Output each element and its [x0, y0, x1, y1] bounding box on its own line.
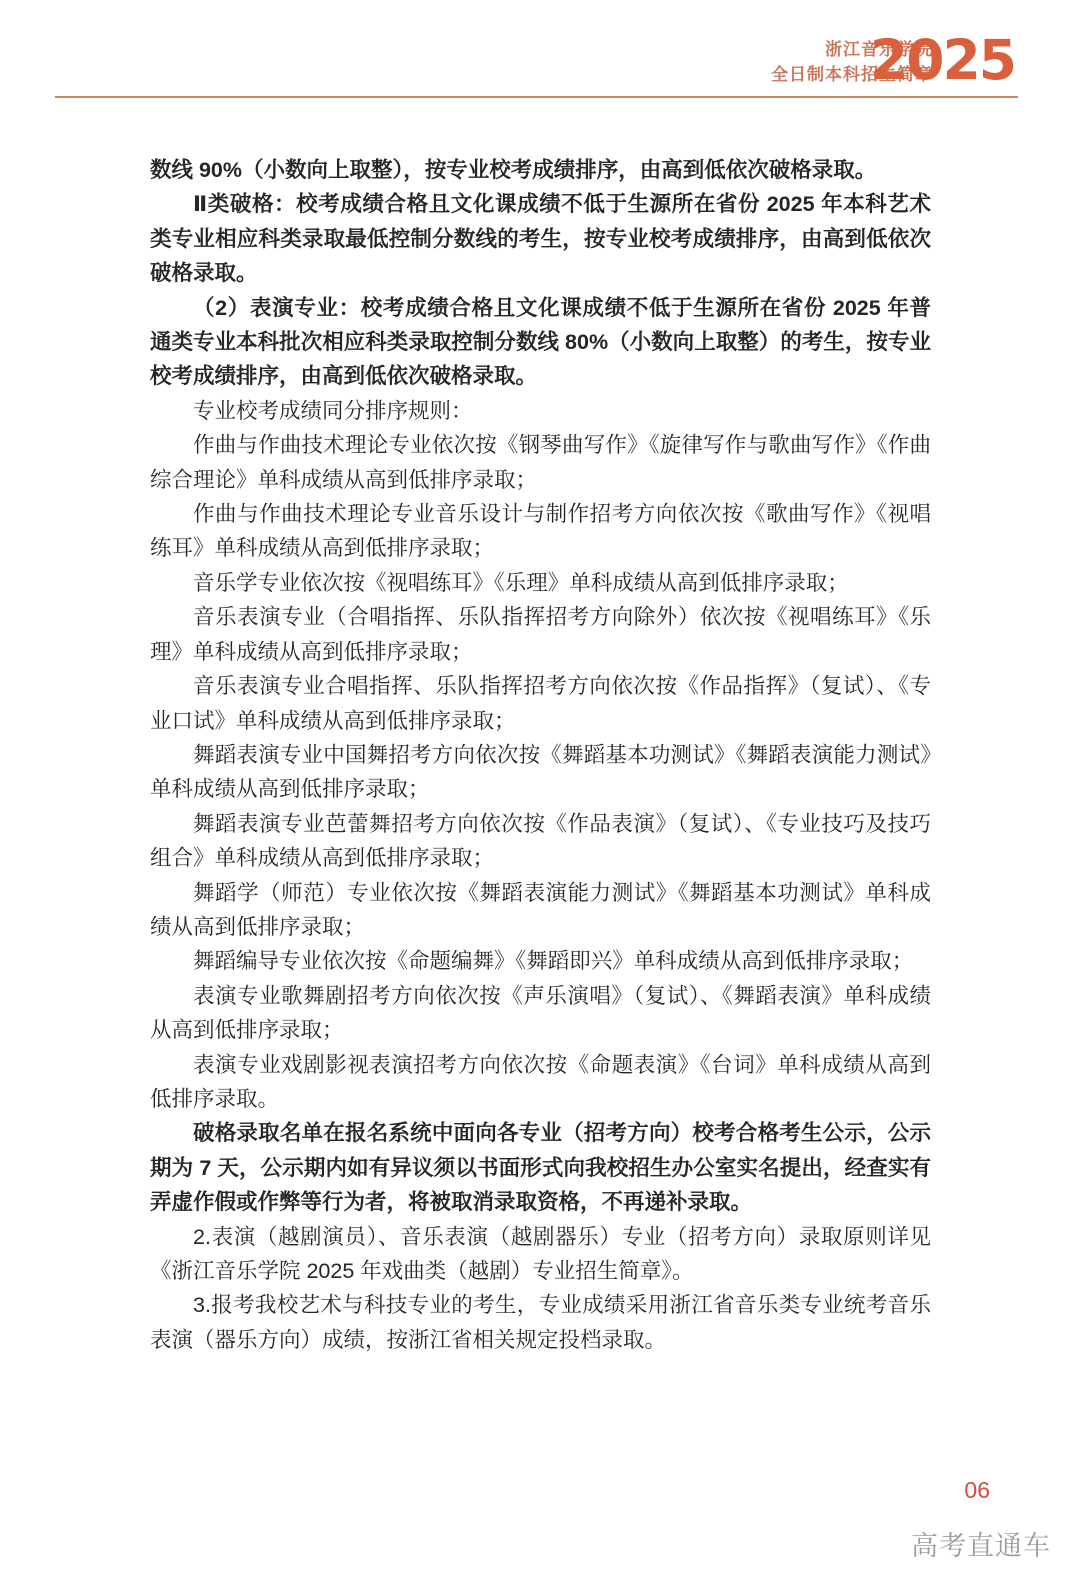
header-year: 2025 [870, 33, 1015, 88]
paragraph: 表演专业歌舞剧招考方向依次按《声乐演唱》（复试）、《舞蹈表演》单科成绩从高到低排… [150, 979, 931, 1048]
paragraph: Ⅱ类破格：校考成绩合格且文化课成绩不低于生源所在省份 2025 年本科艺术类专业… [150, 187, 931, 290]
paragraph: 音乐表演专业合唱指挥、乐队指挥招考方向依次按《作品指挥》（复试）、《专业口试》单… [150, 669, 931, 738]
document-page: 浙江音乐学院 全日制本科招生简章 2025 数线 90%（小数向上取整），按专业… [0, 0, 1080, 1591]
paragraph: 舞蹈表演专业中国舞招考方向依次按《舞蹈基本功测试》《舞蹈表演能力测试》单科成绩从… [150, 738, 931, 807]
header-divider [55, 96, 1018, 98]
paragraph: 音乐学专业依次按《视唱练耳》《乐理》单科成绩从高到低排序录取； [150, 566, 931, 600]
paragraph: 作曲与作曲技术理论专业音乐设计与制作招考方向依次按《歌曲写作》《视唱练耳》单科成… [150, 497, 931, 566]
watermark: 高考直通车 [911, 1530, 1051, 1562]
paragraph: 舞蹈学（师范）专业依次按《舞蹈表演能力测试》《舞蹈基本功测试》单科成绩从高到低排… [150, 876, 931, 945]
page-number: 06 [964, 1477, 990, 1503]
paragraph: 3.报考我校艺术与科技专业的考生，专业成绩采用浙江省音乐类专业统考音乐表演（器乐… [150, 1288, 931, 1357]
paragraph: 作曲与作曲技术理论专业依次按《钢琴曲写作》《旋律写作与歌曲写作》《作曲综合理论》… [150, 428, 931, 497]
paragraph: 音乐表演专业（合唱指挥、乐队指挥招考方向除外）依次按《视唱练耳》《乐理》单科成绩… [150, 600, 931, 669]
body-text: 数线 90%（小数向上取整），按专业校考成绩排序，由高到低依次破格录取。 Ⅱ类破… [150, 153, 931, 1357]
paragraph: 舞蹈表演专业芭蕾舞招考方向依次按《作品表演》（复试）、《专业技巧及技巧组合》单科… [150, 807, 931, 876]
paragraph: 破格录取名单在报名系统中面向各专业（招考方向）校考合格考生公示，公示期为 7 天… [150, 1116, 931, 1219]
paragraph: 表演专业戏剧影视表演招考方向依次按《命题表演》《台词》单科成绩从高到低排序录取。 [150, 1048, 931, 1117]
paragraph: 数线 90%（小数向上取整），按专业校考成绩排序，由高到低依次破格录取。 [150, 153, 931, 187]
paragraph: 舞蹈编导专业依次按《命题编舞》《舞蹈即兴》单科成绩从高到低排序录取； [150, 944, 931, 978]
paragraph: 2.表演（越剧演员）、音乐表演（越剧器乐）专业（招考方向）录取原则详见《浙江音乐… [150, 1220, 931, 1289]
paragraph: 专业校考成绩同分排序规则： [150, 394, 931, 428]
paragraph: （2）表演专业：校考成绩合格且文化课成绩不低于生源所在省份 2025 年普通类专… [150, 291, 931, 394]
